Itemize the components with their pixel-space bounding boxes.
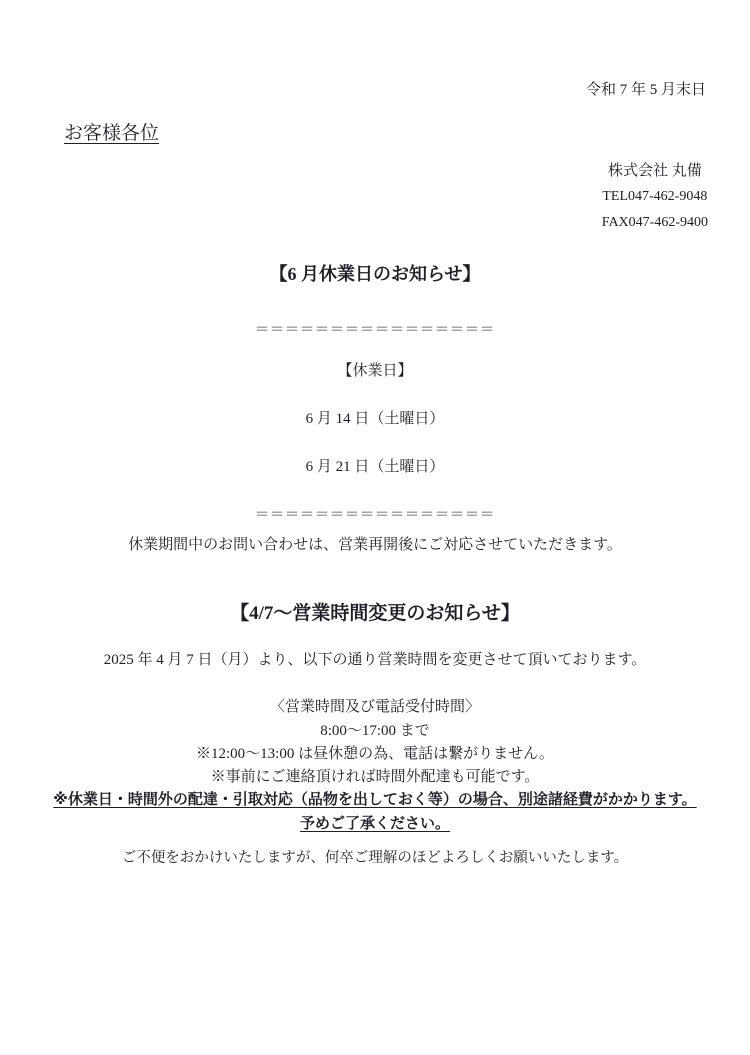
- holiday-date: 6 月 21 日（土曜日）: [0, 458, 750, 478]
- holiday-notice-title: 【6 月休業日のお知らせ】: [0, 263, 750, 286]
- closing-remark: ご不便をおかけいたしますが、何卒ご理解のほどよろしくお願いいたします。: [0, 849, 750, 868]
- hours-value: 8:00～17:00 まで: [0, 722, 750, 742]
- surcharge-warning-line2: 予めご了承ください。: [0, 814, 750, 834]
- surcharge-warning-line1: ※休業日・時間外の配達・引取対応（品物を出しておく等）の場合、別途諸経費がかかり…: [0, 790, 750, 810]
- inquiry-note: 休業期間中のお問い合わせは、営業再開後にご対応させていただきます。: [0, 536, 750, 556]
- document-date: 令和 7 年 5 月末日: [586, 78, 706, 99]
- holiday-label: 【休業日】: [0, 362, 750, 382]
- hours-notice-title: 【4/7～営業時間変更のお知らせ】: [0, 602, 750, 627]
- hours-heading: 〈営業時間及び電話受付時間〉: [0, 698, 750, 718]
- lunch-break-note: ※12:00～13:00 は昼休憩の為、電話は繋がりません。: [0, 745, 750, 765]
- separator-bottom: ＝＝＝＝＝＝＝＝＝＝＝＝＝＝＝＝: [0, 505, 750, 523]
- company-info-block: 株式会社 丸備 TEL047-462-9048 FAX047-462-9400: [602, 158, 708, 236]
- hours-change-intro: 2025 年 4 月 7 日（月）より、以下の通り営業時間を変更させて頂いており…: [0, 651, 750, 671]
- company-name: 株式会社 丸備: [602, 158, 708, 184]
- notice-document-page: 令和 7 年 5 月末日 お客様各位 株式会社 丸備 TEL047-462-90…: [0, 0, 750, 1055]
- advance-contact-note: ※事前にご連絡頂ければ時間外配達も可能です。: [0, 768, 750, 788]
- separator-top: ＝＝＝＝＝＝＝＝＝＝＝＝＝＝＝＝: [0, 320, 750, 338]
- company-tel: TEL047-462-9048: [602, 184, 708, 210]
- salutation: お客様各位: [64, 118, 159, 145]
- company-fax: FAX047-462-9400: [602, 210, 708, 236]
- holiday-date: 6 月 14 日（土曜日）: [0, 410, 750, 430]
